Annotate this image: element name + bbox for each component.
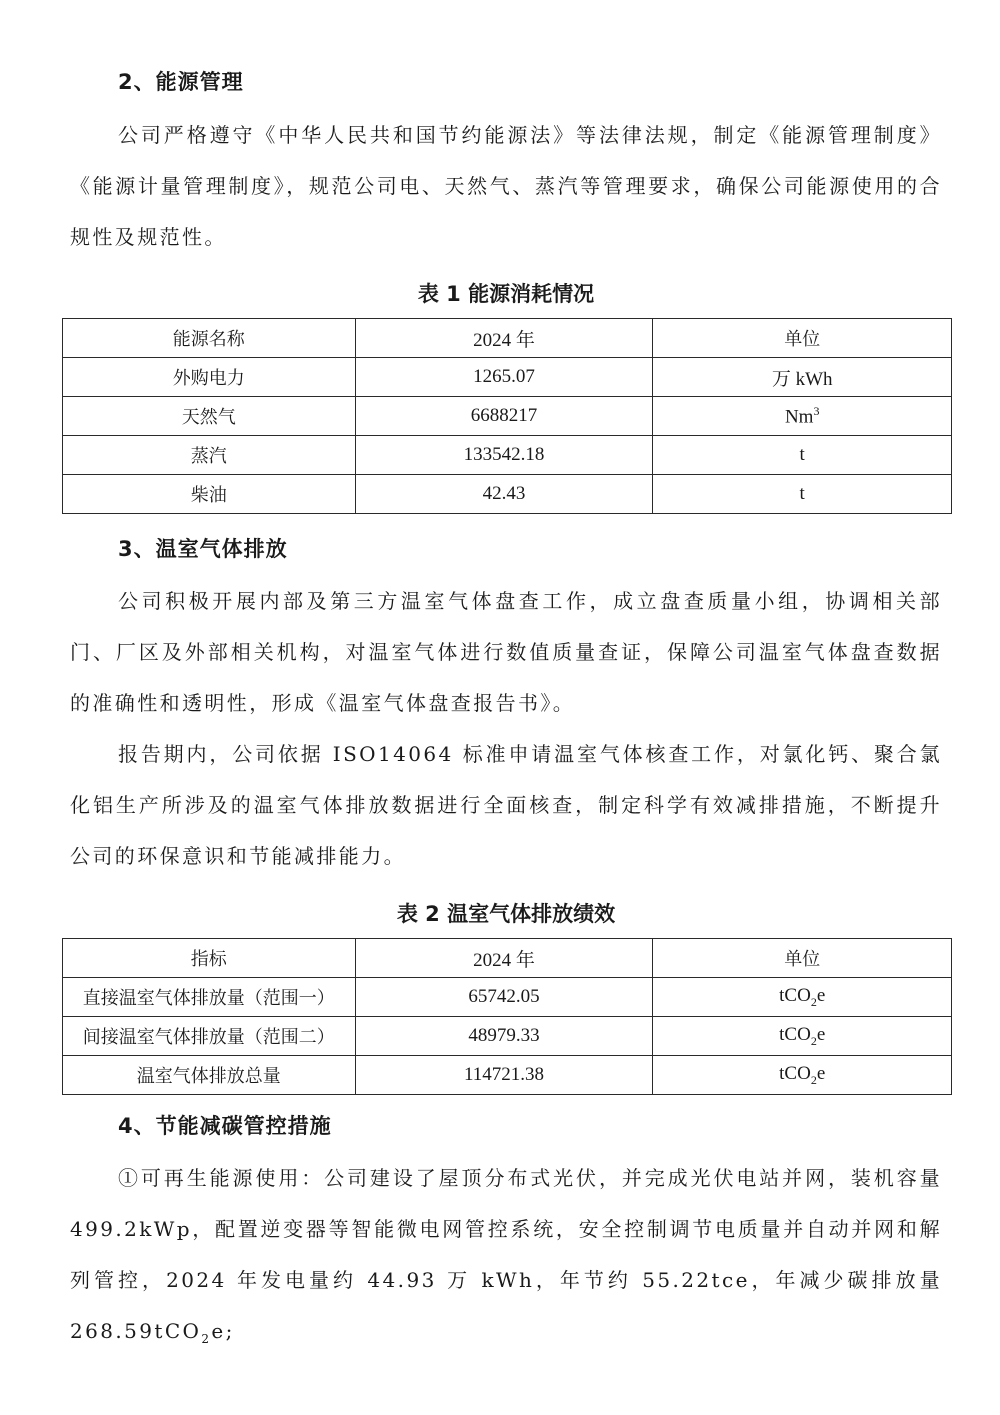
- header-cell: 单位: [653, 939, 952, 978]
- table-row: 蒸汽 133542.18 t: [63, 436, 952, 475]
- indicator-cell: 间接温室气体排放量（范围二）: [63, 1017, 356, 1056]
- unit-cell: tCO2e: [653, 1017, 952, 1056]
- paragraph-text: e;: [211, 1319, 234, 1343]
- table-row: 直接温室气体排放量（范围一） 65742.05 tCO2e: [63, 978, 952, 1017]
- unit-text: e: [817, 985, 825, 1006]
- unit-cell: tCO2e: [653, 978, 952, 1017]
- table-row: 柴油 42.43 t: [63, 475, 952, 514]
- value-cell: 1265.07: [355, 358, 653, 397]
- table-row: 外购电力 1265.07 万 kWh: [63, 358, 952, 397]
- header-cell: 指标: [63, 939, 356, 978]
- value-cell: 6688217: [355, 397, 653, 436]
- unit-superscript: 3: [813, 404, 819, 418]
- header-cell: 2024 年: [355, 939, 653, 978]
- table-header-row: 能源名称 2024 年 单位: [63, 319, 952, 358]
- energy-name-cell: 天然气: [63, 397, 356, 436]
- energy-name-cell: 柴油: [63, 475, 356, 514]
- table2-caption: 表 2 温室气体排放绩效: [0, 898, 1000, 928]
- value-cell: 42.43: [355, 475, 653, 514]
- unit-cell: t: [653, 436, 952, 475]
- document-page: 2、能源管理 公司严格遵守《中华人民共和国节约能源法》等法律法规，制定《能源管理…: [0, 0, 1000, 1415]
- table1-caption: 表 1 能源消耗情况: [0, 278, 1000, 308]
- unit-text: Nm: [785, 406, 814, 427]
- value-cell: 65742.05: [355, 978, 653, 1017]
- energy-management-paragraph: 公司严格遵守《中华人民共和国节约能源法》等法律法规，制定《能源管理制度》《能源计…: [70, 110, 942, 263]
- value-cell: 133542.18: [355, 436, 653, 475]
- ghg-performance-table: 指标 2024 年 单位 直接温室气体排放量（范围一） 65742.05 tCO…: [62, 938, 952, 1095]
- table-row: 温室气体排放总量 114721.38 tCO2e: [63, 1056, 952, 1095]
- energy-name-cell: 外购电力: [63, 358, 356, 397]
- section-heading-energy-saving-measures: 4、节能减碳管控措施: [118, 1110, 332, 1140]
- unit-cell: tCO2e: [653, 1056, 952, 1095]
- paragraph-text: ①可再生能源使用：公司建设了屋顶分布式光伏，并完成光伏电站并网，装机容量 499…: [70, 1166, 942, 1343]
- indicator-cell: 直接温室气体排放量（范围一）: [63, 978, 356, 1017]
- co2-subscript: 2: [201, 1332, 211, 1346]
- table-row: 间接温室气体排放量（范围二） 48979.33 tCO2e: [63, 1017, 952, 1056]
- table-header-row: 指标 2024 年 单位: [63, 939, 952, 978]
- energy-consumption-table: 能源名称 2024 年 单位 外购电力 1265.07 万 kWh 天然气 66…: [62, 318, 952, 514]
- table-row: 天然气 6688217 Nm3: [63, 397, 952, 436]
- renewable-energy-paragraph: ①可再生能源使用：公司建设了屋顶分布式光伏，并完成光伏电站并网，装机容量 499…: [70, 1153, 942, 1365]
- header-cell: 单位: [653, 319, 952, 358]
- unit-text: e: [817, 1063, 825, 1084]
- energy-name-cell: 蒸汽: [63, 436, 356, 475]
- value-cell: 114721.38: [355, 1056, 653, 1095]
- unit-text: e: [817, 1024, 825, 1045]
- section-heading-energy-management: 2、能源管理: [118, 66, 244, 96]
- unit-cell: 万 kWh: [653, 358, 952, 397]
- ghg-paragraph-1: 公司积极开展内部及第三方温室气体盘查工作，成立盘查质量小组，协调相关部门、厂区及…: [70, 576, 942, 729]
- unit-cell: t: [653, 475, 952, 514]
- header-cell: 能源名称: [63, 319, 356, 358]
- value-cell: 48979.33: [355, 1017, 653, 1056]
- unit-text: tCO: [779, 1024, 811, 1045]
- unit-text: tCO: [779, 985, 811, 1006]
- ghg-paragraph-2: 报告期内，公司依据 ISO14064 标准申请温室气体核查工作，对氯化钙、聚合氯…: [70, 729, 942, 882]
- unit-text: tCO: [779, 1063, 811, 1084]
- unit-cell: Nm3: [653, 397, 952, 436]
- indicator-cell: 温室气体排放总量: [63, 1056, 356, 1095]
- header-cell: 2024 年: [355, 319, 653, 358]
- section-heading-ghg-emissions: 3、温室气体排放: [118, 533, 288, 563]
